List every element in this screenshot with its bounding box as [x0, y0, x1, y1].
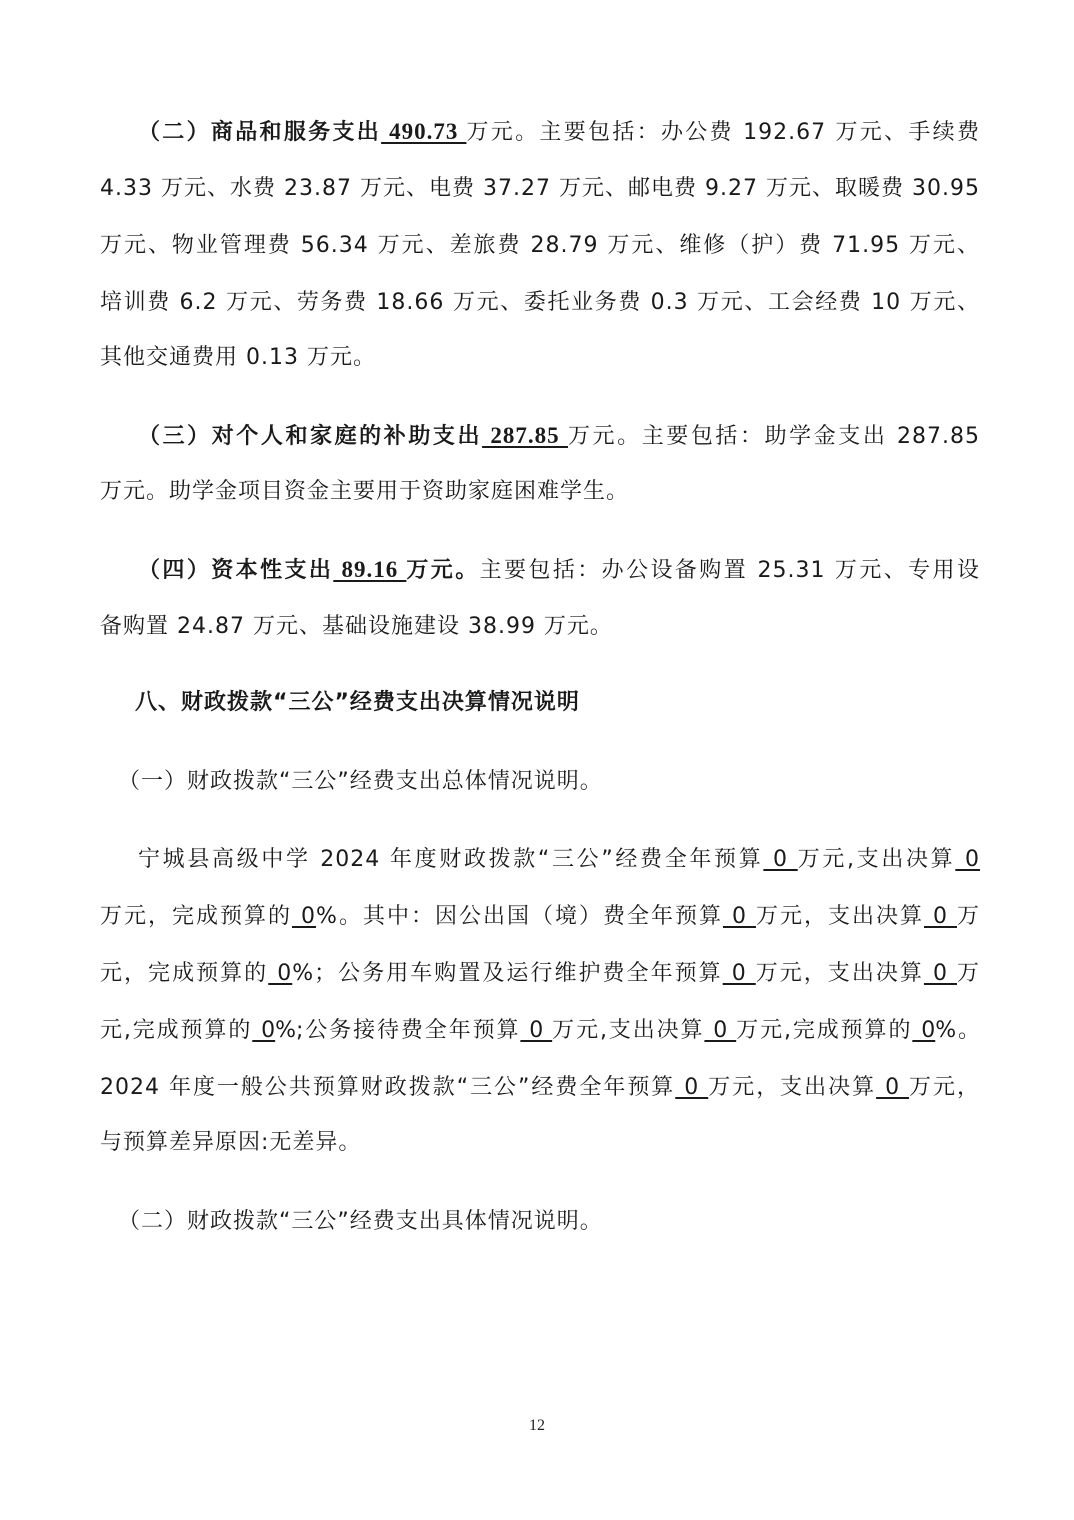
capital-amount: 89.16 — [333, 557, 406, 582]
goods-services-line-5: 其他交通费用 0.13 万元。 — [100, 343, 980, 373]
summary-line-3: 元，完成预算的 0%；公务用车购置及运行维护费全年预算 0 万元，支出决算 0 … — [100, 959, 980, 989]
capital-line-2: 备购置 24.87 万元、基础设施建设 38.99 万元。 — [100, 612, 980, 642]
capital-heading: （四）资本性支出 — [138, 558, 333, 583]
goods-services-line-1: （二）商品和服务支出 490.73 万元。主要包括：办公费 192.67 万元、… — [138, 117, 980, 148]
section-8-title: 八、财政拨款“三公”经费支出决算情况说明 — [135, 688, 1015, 718]
subsidies-line-2: 万元。助学金项目资金主要用于资助家庭困难学生。 — [100, 477, 980, 507]
subsidies-line-1: （三）对个人和家庭的补助支出 287.85 万元。主要包括：助学金支出 287.… — [138, 421, 980, 452]
section-8-sub2: （二）财政拨款“三公”经费支出具体情况说明。 — [118, 1207, 998, 1237]
subsidies-amount: 287.85 — [482, 423, 568, 448]
section-8-sub1: （一）财政拨款“三公”经费支出总体情况说明。 — [118, 767, 998, 797]
summary-line-6: 与预算差异原因:无差异。 — [100, 1128, 980, 1158]
goods-services-line-3: 万元、物业管理费 56.34 万元、差旅费 28.79 万元、维修（护）费 71… — [100, 231, 980, 261]
summary-line-2: 万元，完成预算的 0%。其中：因公出国（境）费全年预算 0 万元，支出决算 0 … — [100, 902, 980, 932]
capital-line-1: （四）资本性支出 89.16 万元。主要包括：办公设备购置 25.31 万元、专… — [138, 555, 980, 586]
page-number: 12 — [0, 1417, 1074, 1435]
summary-line-4: 元,完成预算的 0%;公务接待费全年预算 0 万元,支出决算 0 万元,完成预算… — [100, 1016, 980, 1046]
subsidies-heading: （三）对个人和家庭的补助支出 — [138, 424, 482, 449]
goods-services-line-4: 培训费 6.2 万元、劳务费 18.66 万元、委托业务费 0.3 万元、工会经… — [100, 288, 980, 318]
summary-line-5: 2024 年度一般公共预算财政拨款“三公”经费全年预算 0 万元，支出决算 0 … — [100, 1073, 980, 1103]
goods-services-line-2: 4.33 万元、水费 23.87 万元、电费 37.27 万元、邮电费 9.27… — [100, 174, 980, 204]
summary-line-1: 宁城县高级中学 2024 年度财政拨款“三公”经费全年预算 0 万元,支出决算 … — [138, 845, 980, 875]
document-page: （二）商品和服务支出 490.73 万元。主要包括：办公费 192.67 万元、… — [0, 0, 1074, 1520]
goods-services-amount: 490.73 — [381, 119, 466, 144]
goods-services-heading: （二）商品和服务支出 — [138, 120, 381, 145]
